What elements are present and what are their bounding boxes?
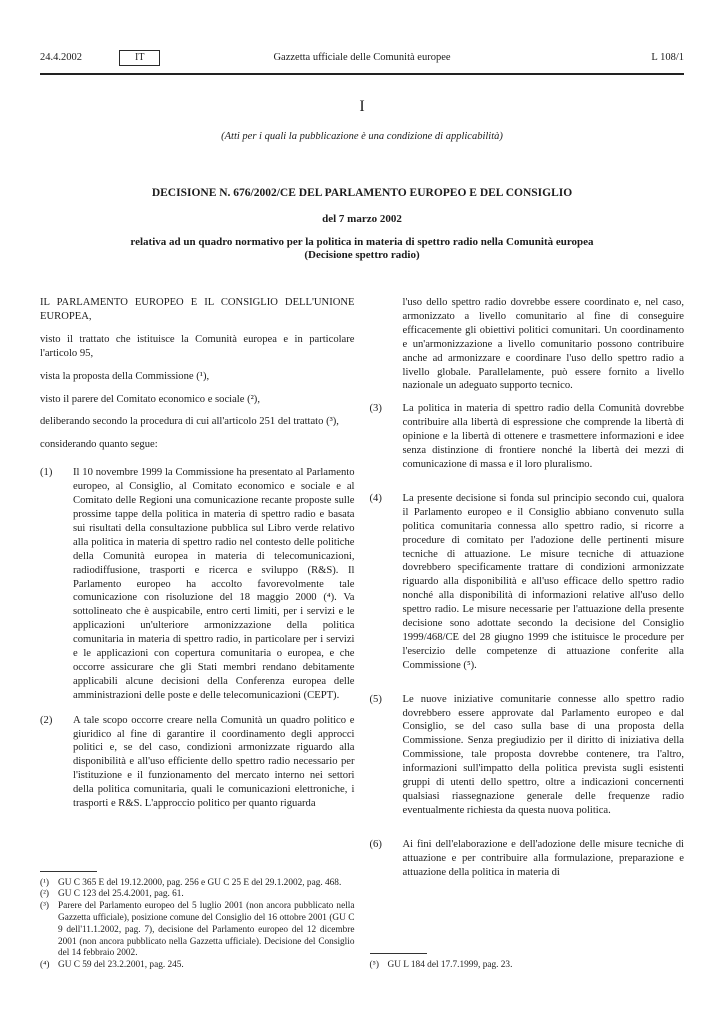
footnote-text: GU L 184 del 17.7.1999, pag. 23. — [388, 960, 685, 972]
citation: vista la proposta della Commissione (¹), — [40, 370, 355, 384]
footnotes-left: (¹) GU C 365 E del 19.12.2000, pag. 256 … — [40, 871, 355, 972]
recital-1: (1) Il 10 novembre 1999 la Commissione h… — [40, 466, 355, 702]
recital-number: (3) — [370, 402, 403, 472]
footnote-1: (¹) GU C 365 E del 19.12.2000, pag. 256 … — [40, 878, 355, 890]
citation: deliberando secondo la procedura di cui … — [40, 415, 355, 429]
footnote-marker: (¹) — [40, 878, 58, 890]
recitals-right: (3) La politica in materia di spettro ra… — [370, 402, 685, 899]
recital-text: A tale scopo occorre creare nella Comuni… — [73, 714, 355, 811]
recital-2-continuation: l'uso dello spettro radio dovrebbe esser… — [370, 296, 685, 393]
footnote-marker: (³) — [40, 901, 58, 960]
footnote-text: GU C 123 del 25.4.2001, pag. 61. — [58, 889, 355, 901]
body-columns: IL PARLAMENTO EUROPEO E IL CONSIGLIO DEL… — [40, 296, 684, 972]
page-header: 24.4.2002 IT Gazzetta ufficiale delle Co… — [40, 50, 684, 75]
recital-text: La presente decisione si fonda sul princ… — [403, 492, 685, 673]
act-title-line1: DECISIONE N. 676/2002/CE DEL PARLAMENTO … — [40, 186, 684, 200]
footnote-marker: (²) — [40, 889, 58, 901]
journal-page: 24.4.2002 IT Gazzetta ufficiale delle Co… — [0, 0, 724, 1024]
enacting-parties: IL PARLAMENTO EUROPEO E IL CONSIGLIO DEL… — [40, 296, 355, 324]
footnote-text: Parere del Parlamento europeo del 5 lugl… — [58, 901, 355, 960]
act-title: DECISIONE N. 676/2002/CE DEL PARLAMENTO … — [40, 186, 684, 262]
footnote-separator — [40, 871, 97, 872]
recital-5: (5) Le nuove iniziative comunitarie conn… — [370, 693, 685, 818]
language-code-box: IT — [119, 50, 160, 66]
footnote-text: GU C 365 E del 19.12.2000, pag. 256 e GU… — [58, 878, 355, 890]
journal-title: Gazzetta ufficiale delle Comunità europe… — [273, 51, 450, 65]
recital-text: Il 10 novembre 1999 la Commissione ha pr… — [73, 466, 355, 702]
recital-number: (1) — [40, 466, 73, 702]
footnote-3: (³) Parere del Parlamento europeo del 5 … — [40, 901, 355, 960]
applicability-note: (Atti per i quali la pubblicazione è una… — [40, 130, 684, 144]
footnote-text: GU C 59 del 23.2.2001, pag. 245. — [58, 960, 355, 972]
recital-text: Le nuove iniziative comunitarie connesse… — [403, 693, 685, 818]
footnote-marker: (⁵) — [370, 960, 388, 972]
recital-number: (6) — [370, 838, 403, 880]
footnote-2: (²) GU C 123 del 25.4.2001, pag. 61. — [40, 889, 355, 901]
recital-4: (4) La presente decisione si fonda sul p… — [370, 492, 685, 673]
page-reference: L 108/1 — [651, 51, 684, 65]
recital-text: Ai fini dell'elaborazione e dell'adozion… — [403, 838, 685, 880]
section-numeral: I — [40, 97, 684, 117]
footnote-5: (⁵) GU L 184 del 17.7.1999, pag. 23. — [370, 960, 685, 972]
right-column: l'uso dello spettro radio dovrebbe esser… — [370, 296, 685, 972]
act-title-short-name: (Decisione spettro radio) — [40, 249, 684, 262]
footnote-4: (⁴) GU C 59 del 23.2.2001, pag. 245. — [40, 960, 355, 972]
act-title-date: del 7 marzo 2002 — [40, 212, 684, 226]
act-title-subject: relativa ad un quadro normativo per la p… — [40, 236, 684, 249]
footnote-separator — [370, 953, 427, 954]
citation: visto il trattato che istituisce la Comu… — [40, 333, 355, 361]
recitals-intro: considerando quanto segue: — [40, 438, 355, 452]
header-date: 24.4.2002 — [40, 51, 82, 65]
recitals-left: (1) Il 10 novembre 1999 la Commissione h… — [40, 466, 355, 822]
recital-number: (4) — [370, 492, 403, 673]
citation: visto il parere del Comitato economico e… — [40, 393, 355, 407]
recital-6: (6) Ai fini dell'elaborazione e dell'ado… — [370, 838, 685, 880]
recital-text: La politica in materia di spettro radio … — [403, 402, 685, 472]
footnotes-right: (⁵) GU L 184 del 17.7.1999, pag. 23. — [370, 953, 685, 972]
recital-2: (2) A tale scopo occorre creare nella Co… — [40, 714, 355, 811]
recital-number: (2) — [40, 714, 73, 811]
recital-number: (5) — [370, 693, 403, 818]
recital-3: (3) La politica in materia di spettro ra… — [370, 402, 685, 472]
left-column: IL PARLAMENTO EUROPEO E IL CONSIGLIO DEL… — [40, 296, 355, 972]
footnote-marker: (⁴) — [40, 960, 58, 972]
